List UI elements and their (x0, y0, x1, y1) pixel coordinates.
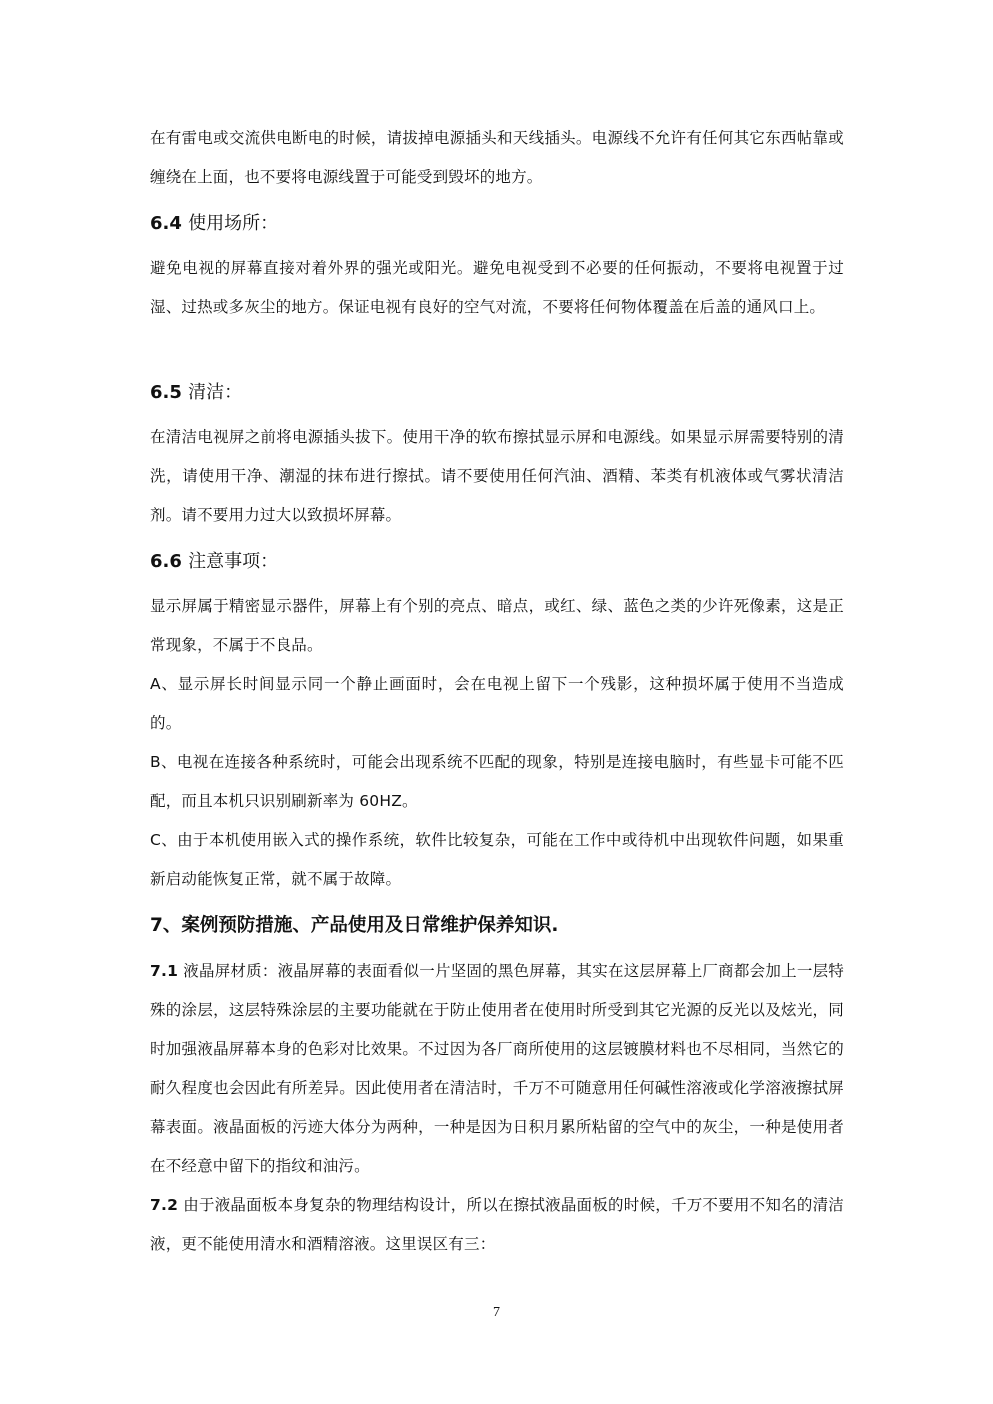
paragraph-7-2: 7.2 由于液晶面板本身复杂的物理结构设计，所以在擦拭液晶面板的时候，千万不要用… (150, 1186, 844, 1264)
item-text-b-end: 。 (402, 792, 418, 810)
section-heading-6-5: 6.5 清洁： (150, 381, 242, 405)
section-number: 7 (150, 915, 163, 936)
paragraph-note-c: C、由于本机使用嵌入式的操作系统，软件比较复杂，可能在工作中或待机中出现软件问题… (150, 821, 844, 899)
item-text-a: 、显示屏长时间显示同一个静止画面时，会在电视上留下一个残影，这种损坏属于使用不当… (150, 675, 844, 732)
section-heading-7: 7、案例预防措施、产品使用及日常维护保养知识. (150, 914, 558, 938)
item-label-c: C (150, 831, 161, 849)
refresh-rate: 60HZ (359, 792, 402, 810)
item-label-b: B (150, 753, 161, 771)
paragraph-note-b: B、电视在连接各种系统时，可能会出现系统不匹配的现象，特别是连接电脑时，有些显卡… (150, 743, 844, 821)
subsection-number: 7.2 (150, 1196, 178, 1214)
section-heading-6-6: 6.6 注意事项： (150, 550, 278, 574)
section-number: 6.4 (150, 213, 182, 234)
paragraph-note-a: A、显示屏长时间显示同一个静止画面时，会在电视上留下一个残影，这种损坏属于使用不… (150, 665, 844, 743)
section-number: 6.5 (150, 382, 182, 403)
page-number: 7 (0, 1305, 993, 1321)
paragraph-7-1: 7.1 液晶屏材质：液晶屏幕的表面看似一片坚固的黑色屏幕，其实在这层屏幕上厂商都… (150, 952, 844, 1186)
paragraph-power-safety: 在有雷电或交流供电断电的时候，请拔掉电源插头和天线插头。电源线不允许有任何其它东… (150, 119, 844, 197)
section-heading-6-4: 6.4 使用场所： (150, 212, 278, 236)
paragraph-cleaning: 在清洁电视屏之前将电源插头拔下。使用干净的软布擦拭显示屏和电源线。如果显示屏需要… (150, 418, 844, 535)
section-title: 注意事项： (188, 551, 278, 572)
item-text-c: 、由于本机使用嵌入式的操作系统，软件比较复杂，可能在工作中或待机中出现软件问题，… (150, 831, 844, 888)
subsection-number: 7.1 (150, 962, 178, 980)
paragraph-usage-location: 避免电视的屏幕直接对着外界的强光或阳光。避免电视受到不必要的任何振动，不要将电视… (150, 249, 844, 327)
subsection-text: 由于液晶面板本身复杂的物理结构设计，所以在擦拭液晶面板的时候，千万不要用不知名的… (150, 1196, 844, 1253)
section-title: 清洁： (188, 382, 242, 403)
section-number: 6.6 (150, 551, 182, 572)
item-text-b: 、电视在连接各种系统时，可能会出现系统不匹配的现象，特别是连接电脑时，有些显卡可… (150, 753, 844, 810)
subsection-text: 液晶屏材质：液晶屏幕的表面看似一片坚固的黑色屏幕，其实在这层屏幕上厂商都会加上一… (150, 962, 844, 1175)
section-title: 使用场所： (188, 213, 278, 234)
section-title: 、案例预防措施、产品使用及日常维护保养知识. (163, 915, 559, 936)
item-label-a: A (150, 675, 161, 693)
paragraph-notes: 显示屏属于精密显示器件，屏幕上有个别的亮点、暗点，或红、绿、蓝色之类的少许死像素… (150, 587, 844, 665)
